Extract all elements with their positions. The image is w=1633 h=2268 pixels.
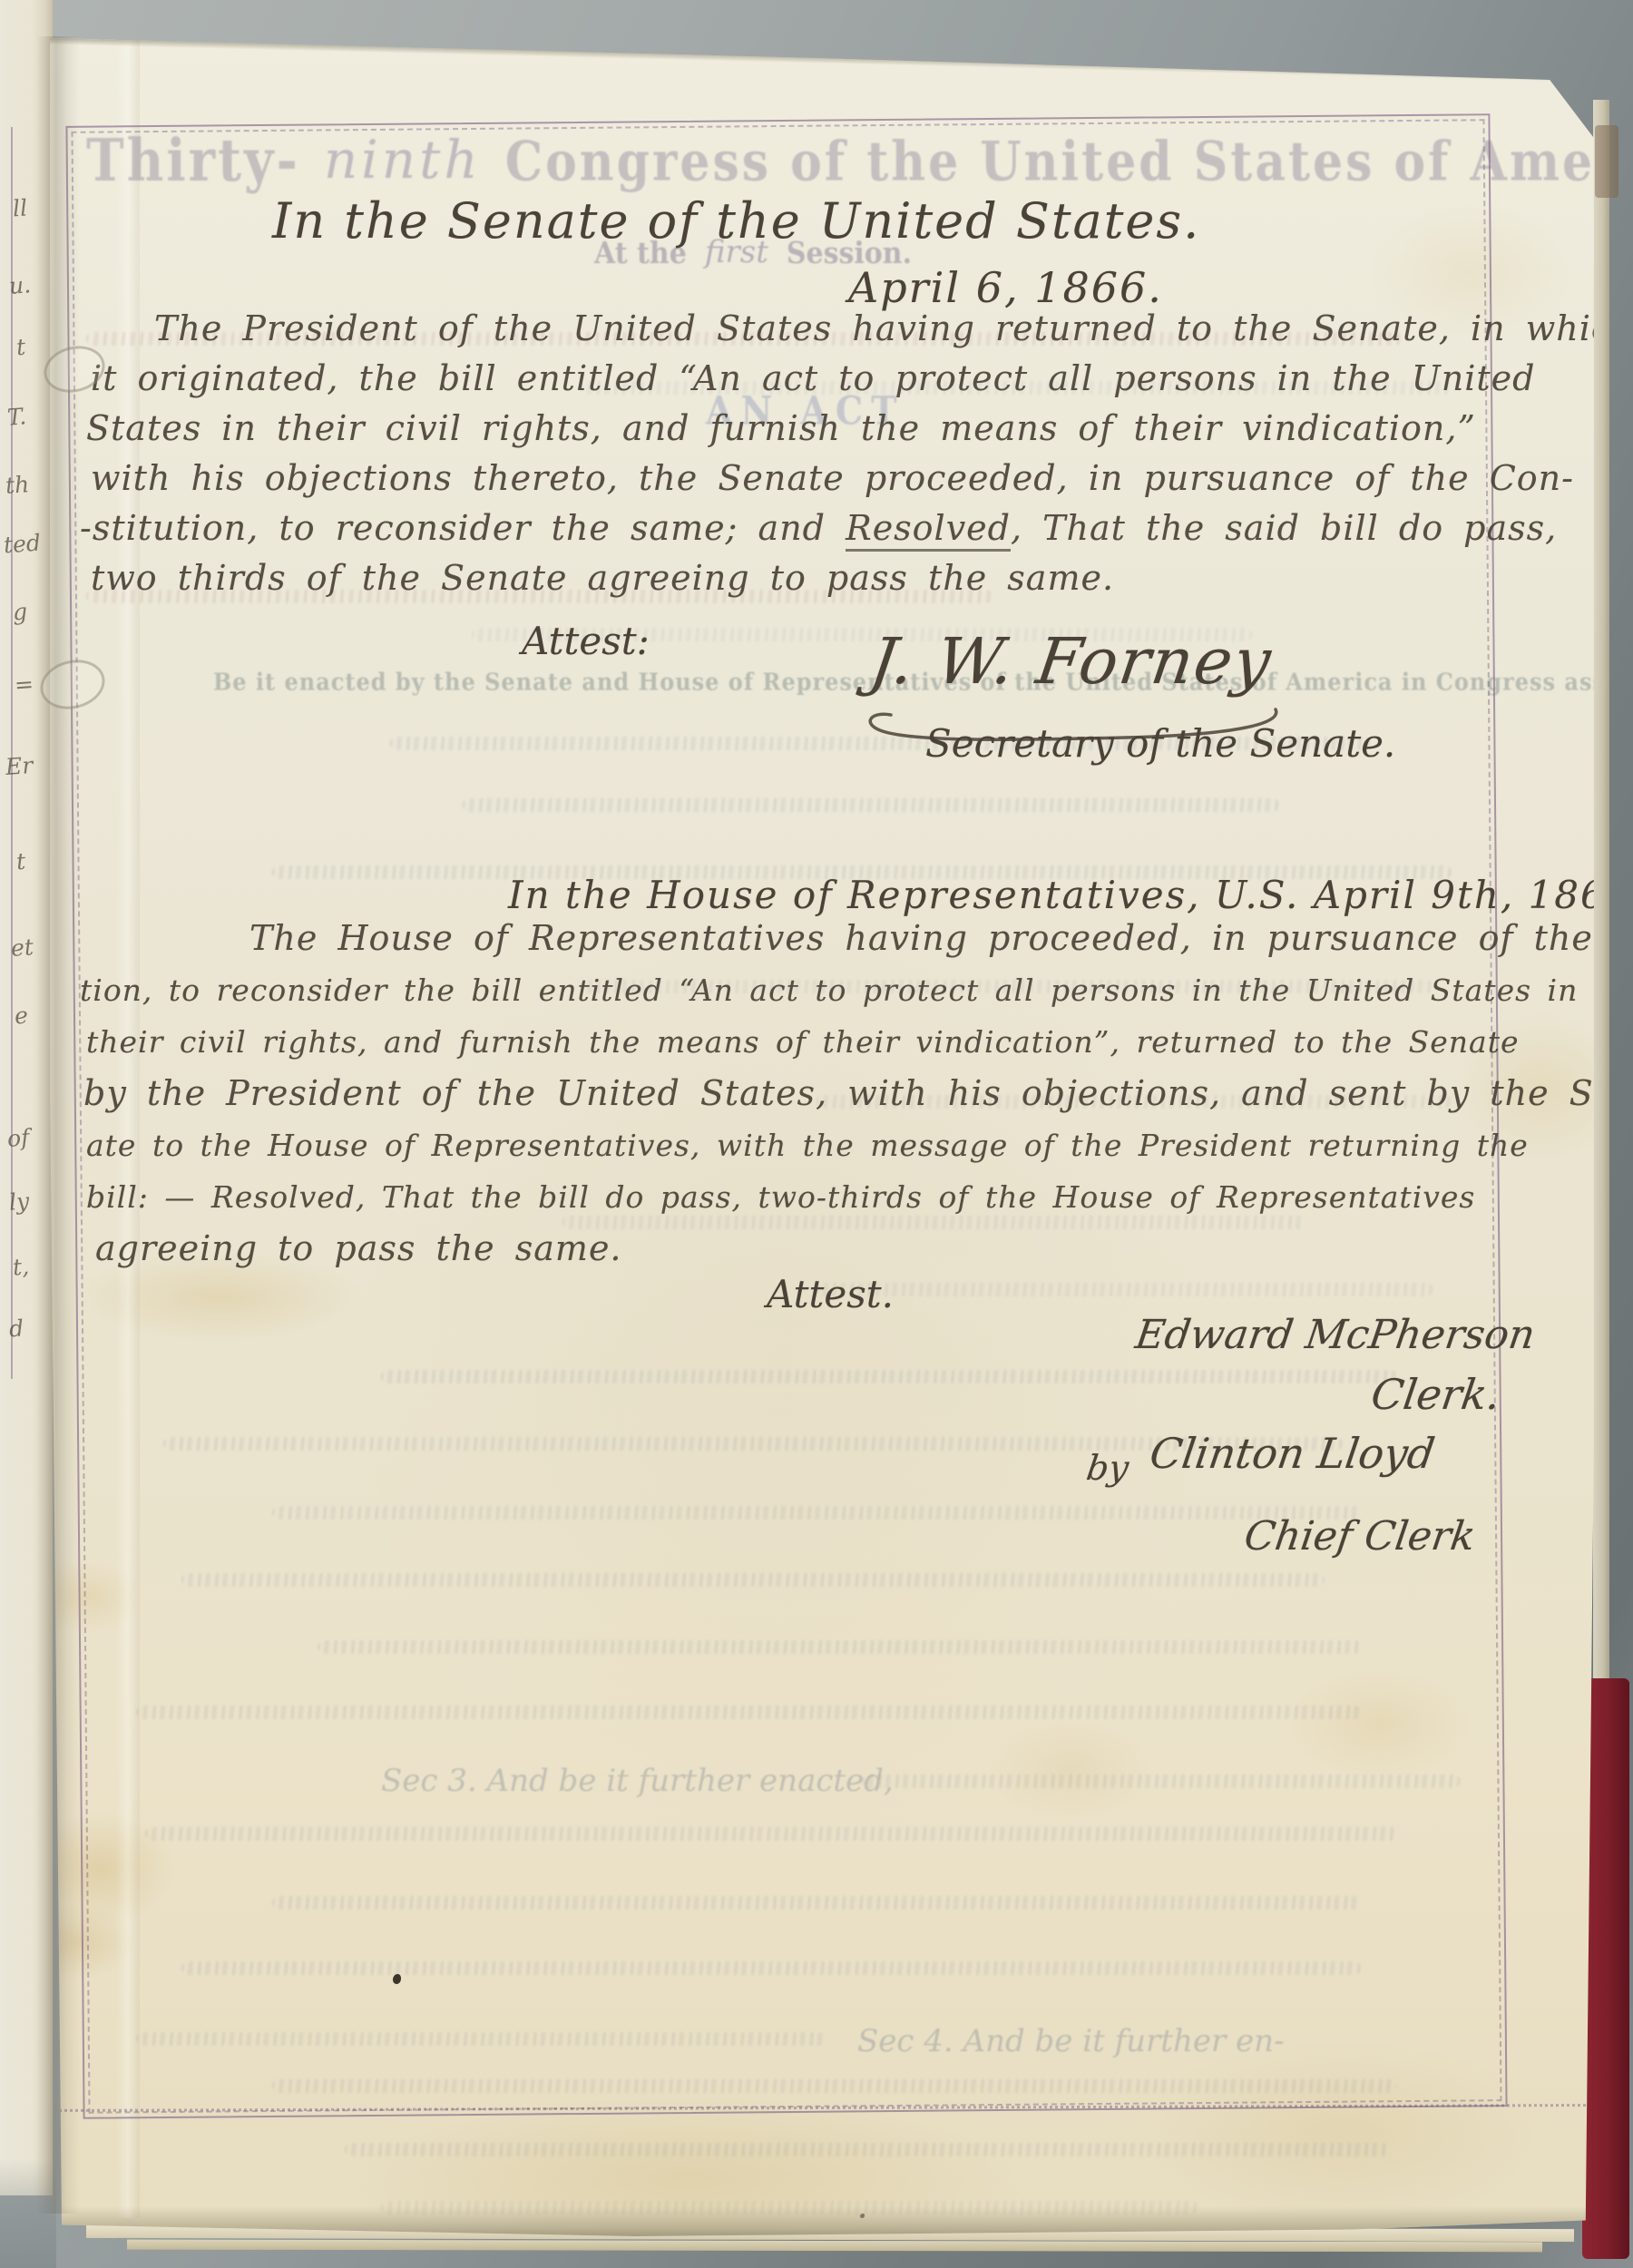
chief-clerk-title: Chief Clerk [1241, 1513, 1478, 1559]
house-line: The House of Representatives having proc… [249, 918, 1633, 958]
partial-handwriting: ly [8, 1188, 30, 1215]
house-line: bill: — Resolved, That the bill do pass,… [86, 1179, 1475, 1215]
partial-handwriting: T. [6, 403, 27, 430]
house-line: by the President of the United States, w… [83, 1073, 1633, 1113]
page-stack-edge-bottom [127, 2240, 1542, 2253]
house-line: agreeing to pass the same. [95, 1228, 622, 1268]
partial-handwriting: d [8, 1315, 24, 1342]
partial-handwriting: e [14, 1002, 29, 1030]
senate-heading: In the Senate of the United States. [272, 192, 1200, 249]
house-line: ate to the House of Representatives, wit… [86, 1128, 1529, 1163]
partial-handwriting: u. [8, 271, 32, 299]
clerk-signature: Edward McPherson [1132, 1312, 1538, 1358]
clerk-title: Clerk. [1368, 1370, 1503, 1419]
partial-handwriting: Er [5, 752, 34, 780]
ghost-line [345, 2143, 1388, 2156]
partial-handwriting: g [12, 598, 28, 625]
partial-handwriting: th [5, 471, 30, 499]
line-text: -stitution, to reconsider the same; and [80, 508, 846, 548]
page-stack-edge-right [1593, 100, 1609, 1733]
partial-handwriting: t [15, 848, 26, 875]
document-page: Thirty- ninth Congress of the United Sta… [0, 0, 1633, 2268]
partial-handwriting: et [10, 934, 34, 962]
senate-attest-label: Attest: [522, 619, 650, 663]
underlined-resolved: Resolved [846, 508, 1011, 552]
partial-handwriting: = [14, 670, 34, 698]
partial-handwriting: t, [12, 1253, 30, 1280]
book-scan: ll u. t T. th ted g = Er t et e of ly t,… [0, 0, 1633, 2268]
secretary-title: Secretary of the Senate. [925, 721, 1395, 766]
partial-handwriting: t [15, 334, 26, 361]
countersign-by: by [1084, 1448, 1131, 1488]
senate-date: April 6, 1866. [848, 263, 1163, 312]
senate-line: with his objections thereto, the Senate … [91, 458, 1574, 498]
partial-handwriting: of [6, 1124, 30, 1152]
partial-handwriting: ll [12, 194, 28, 221]
house-line: their civil rights, and furnish the mean… [86, 1024, 1520, 1060]
house-line: tion, to reconsider the bill entitled “A… [80, 973, 1578, 1008]
senate-line: two thirds of the Senate agreeing to pas… [91, 558, 1114, 598]
line-text: , That the said bill do pass, [1011, 508, 1557, 548]
house-heading: In the House of Representatives, U.S. Ap… [508, 873, 1633, 917]
senate-line: States in their civil rights, and furnis… [86, 408, 1476, 448]
chief-clerk-signature: Clinton Lloyd [1147, 1429, 1438, 1478]
secretary-signature: J. W. Forney [865, 624, 1276, 699]
page-edge-top-right [1595, 125, 1618, 198]
senate-line: -stitution, to reconsider the same; and … [80, 508, 1557, 548]
senate-line: The President of the United States havin… [154, 308, 1633, 348]
house-attest-label: Attest. [767, 1272, 894, 1316]
senate-line: it originated, the bill entitled “An act… [91, 358, 1535, 398]
